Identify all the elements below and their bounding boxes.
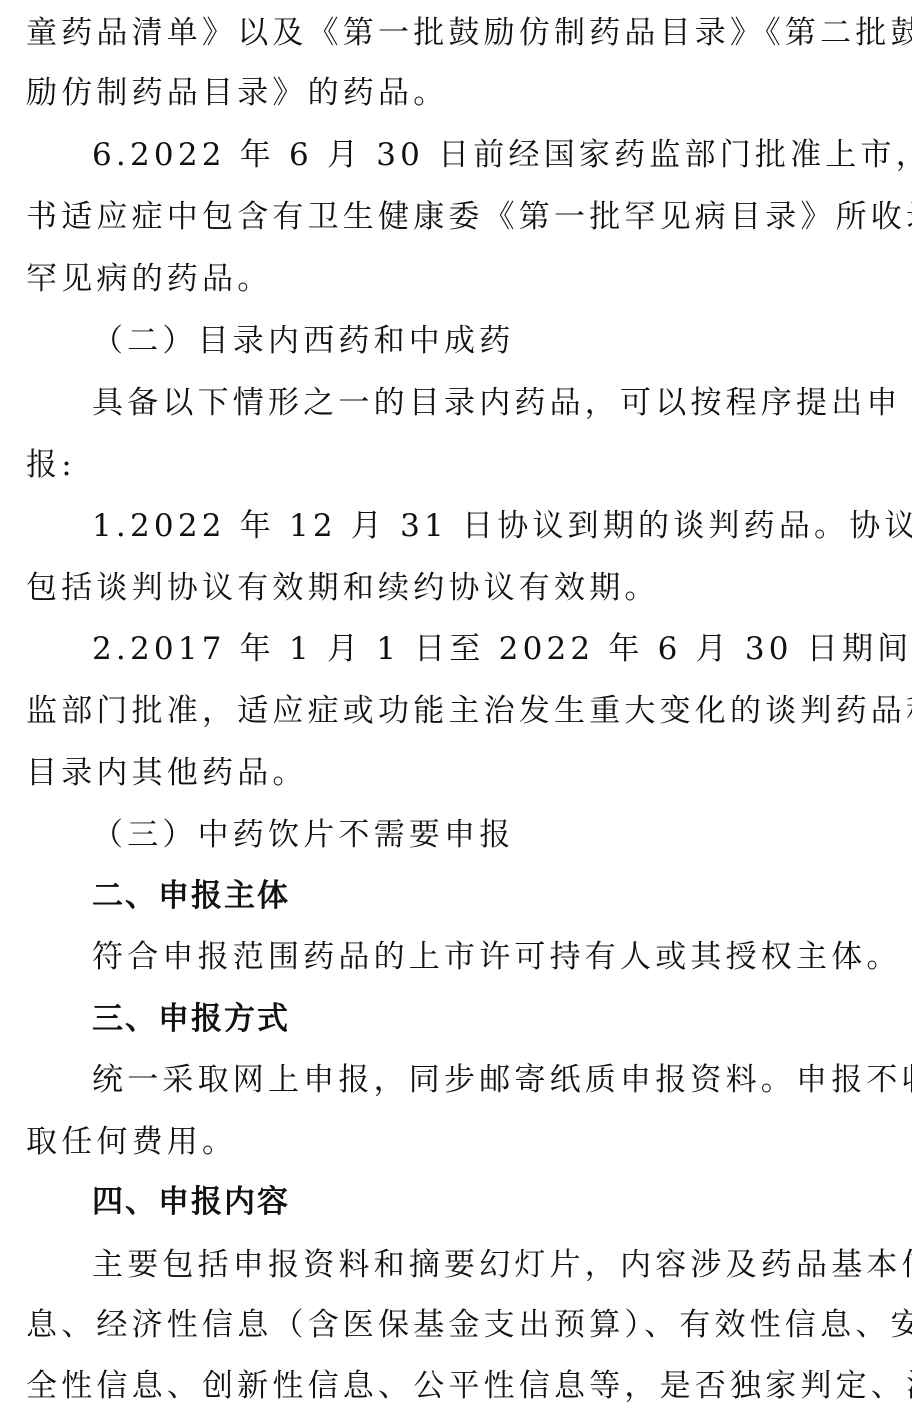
text-line: 报: xyxy=(26,440,888,490)
paragraph-line: 符合申报范围药品的上市许可持有人或其授权主体。 xyxy=(92,932,888,982)
text-line: 取任何费用。 xyxy=(26,1117,888,1167)
subsection-heading-2: （二）目录内西药和中成药 xyxy=(92,316,888,366)
list-item-6: 6.2022 年 6 月 30 日前经国家药监部门批准上市，说明 xyxy=(92,130,888,180)
text-line: 励仿制药品目录》的药品。 xyxy=(26,68,888,118)
text-line: 童药品清单》以及《第一批鼓励仿制药品目录》《第二批鼓 xyxy=(26,8,888,58)
list-item-2: 2.2017 年 1 月 1 日至 2022 年 6 月 30 日期间，经国家药 xyxy=(92,624,888,674)
text-line: 全性信息、创新性信息、公平性信息等，是否独家判定、汇 xyxy=(26,1361,888,1411)
paragraph-line: 统一采取网上申报，同步邮寄纸质申报资料。申报不收 xyxy=(92,1055,888,1105)
text-line: 包括谈判协议有效期和续约协议有效期。 xyxy=(26,563,888,613)
list-item-1: 1.2022 年 12 月 31 日协议到期的谈判药品。协议有效期 xyxy=(92,501,888,551)
paragraph-line: 具备以下情形之一的目录内药品，可以按程序提出申 xyxy=(92,378,888,428)
text-line: 监部门批准，适应症或功能主治发生重大变化的谈判药品和 xyxy=(26,686,888,736)
section-heading-method: 三、申报方式 xyxy=(92,994,888,1044)
paragraph-line: 主要包括申报资料和摘要幻灯片，内容涉及药品基本信 xyxy=(92,1240,888,1290)
text-line: 目录内其他药品。 xyxy=(26,748,888,798)
subsection-heading-3: （三）中药饮片不需要申报 xyxy=(92,810,888,860)
text-line: 罕见病的药品。 xyxy=(26,254,888,304)
section-heading-applicant: 二、申报主体 xyxy=(92,871,888,921)
text-line: 息、经济性信息（含医保基金支出预算）、有效性信息、安 xyxy=(26,1300,888,1350)
section-heading-content: 四、申报内容 xyxy=(92,1177,888,1227)
text-line: 书适应症中包含有卫生健康委《第一批罕见病目录》所收录 xyxy=(26,192,888,242)
document-page: 童药品清单》以及《第一批鼓励仿制药品目录》《第二批鼓 励仿制药品目录》的药品。 … xyxy=(0,0,912,1423)
